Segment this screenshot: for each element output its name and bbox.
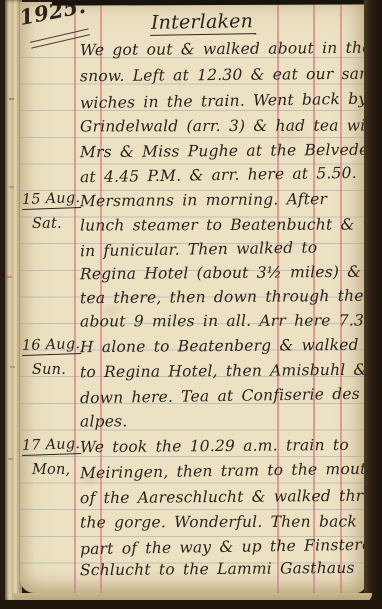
- entry-line: the gorge. Wonderful. Then back: [20, 513, 366, 539]
- entry-line-text: wiches in the train. Went back by: [80, 90, 364, 112]
- entry-line-text: Grindelwald (arr. 3) & had tea with: [80, 117, 364, 136]
- entry-line: 15 Aug. Mersmanns in morning. After: [20, 191, 366, 217]
- page-edge-red-marks: [9, 98, 14, 100]
- book-bottom-edge: [0, 600, 382, 609]
- entry-line: of the Aareschlucht & walked through: [20, 488, 366, 514]
- entry-line-text: Schlucht to the Lammi Gasthaus: [80, 559, 364, 579]
- entry-line-text: snow. Left at 12.30 & eat our sand-: [80, 65, 364, 85]
- entry-line-text: Mersmanns in morning. After: [80, 190, 364, 210]
- entry-line-text: tea there, then down through the woods: [80, 287, 364, 307]
- entry-line-text: We took the 10.29 a.m. train to: [80, 436, 364, 456]
- entry-line: in funicular. Then walked to: [20, 240, 366, 266]
- entry-line-text: to Regina Hotel, then Amisbuhl &: [80, 361, 364, 381]
- entry-line: down here. Tea at Confiserie des: [20, 387, 366, 413]
- entry-line-text: at 4.45 P.M. & arr. here at 5.50.: [80, 164, 364, 186]
- entry-line-text: lunch steamer to Beatenbucht & up: [80, 216, 364, 235]
- entry-line-text: Mrs & Miss Pughe at the Belvedere. Left: [80, 141, 364, 161]
- margin-date-label: Sat.: [22, 216, 86, 232]
- entry-line-text: down here. Tea at Confiserie des: [80, 385, 364, 407]
- entry-line: Regina Hotel (about 3½ miles) &: [20, 264, 366, 290]
- margin-date-label: Mon,: [22, 462, 86, 478]
- entry-line: We got out & walked about in the: [20, 40, 366, 66]
- entry-line: tea there, then down through the woods: [20, 288, 366, 314]
- entry-line: snow. Left at 12.30 & eat our sand-: [20, 66, 366, 92]
- entry-line-text: alpes.: [80, 412, 364, 431]
- entry-line-text: We got out & walked about in the: [80, 39, 364, 59]
- page-title: Interlaken: [150, 10, 257, 36]
- entry-line: Schlucht to the Lammi Gasthaus: [20, 560, 366, 586]
- journal-page: 1925. Interlaken We got out & walked abo…: [20, 2, 366, 593]
- entry-line: alpes.: [20, 412, 366, 438]
- entry-line-text: Regina Hotel (about 3½ miles) &: [80, 263, 364, 283]
- entry-line: about 9 miles in all. Arr here 7.30.: [20, 312, 366, 338]
- entry-line-text: Meiringen, then tram to the mouth: [80, 460, 364, 482]
- entry-line: wiches in the train. Went back by: [20, 92, 366, 118]
- entry-line: Sun. to Regina Hotel, then Amisbuhl &: [20, 362, 366, 388]
- entry-line-text: in funicular. Then walked to: [80, 238, 364, 260]
- entry-line-text: about 9 miles in all. Arr here 7.30.: [80, 312, 364, 331]
- entry-line-text: the gorge. Wonderful. Then back: [80, 513, 364, 532]
- margin-date-label: 15 Aug.: [22, 190, 82, 210]
- entry-line-text: H alone to Beatenberg & walked: [80, 336, 364, 356]
- entry-line: 17 Aug. We took the 10.29 a.m. train to: [20, 437, 366, 463]
- book-right-edge: [364, 0, 382, 609]
- margin-date-label: 16 Aug.: [22, 336, 82, 356]
- entry-line: at 4.45 P.M. & arr. here at 5.50.: [20, 166, 366, 192]
- entry-line-text: part of the way & up the Finstere: [80, 536, 364, 558]
- margin-date-label: 17 Aug.: [22, 436, 82, 456]
- entry-line: Grindelwald (arr. 3) & had tea with: [20, 117, 366, 143]
- entry-line: Mon, Meiringen, then tram to the mouth: [20, 462, 366, 488]
- journal-book: 1925. Interlaken We got out & walked abo…: [0, 0, 382, 609]
- entry-line: 16 Aug. H alone to Beatenberg & walked: [20, 337, 366, 363]
- margin-date-label: Sun.: [22, 362, 86, 378]
- entry-line-text: of the Aareschlucht & walked through: [80, 487, 364, 507]
